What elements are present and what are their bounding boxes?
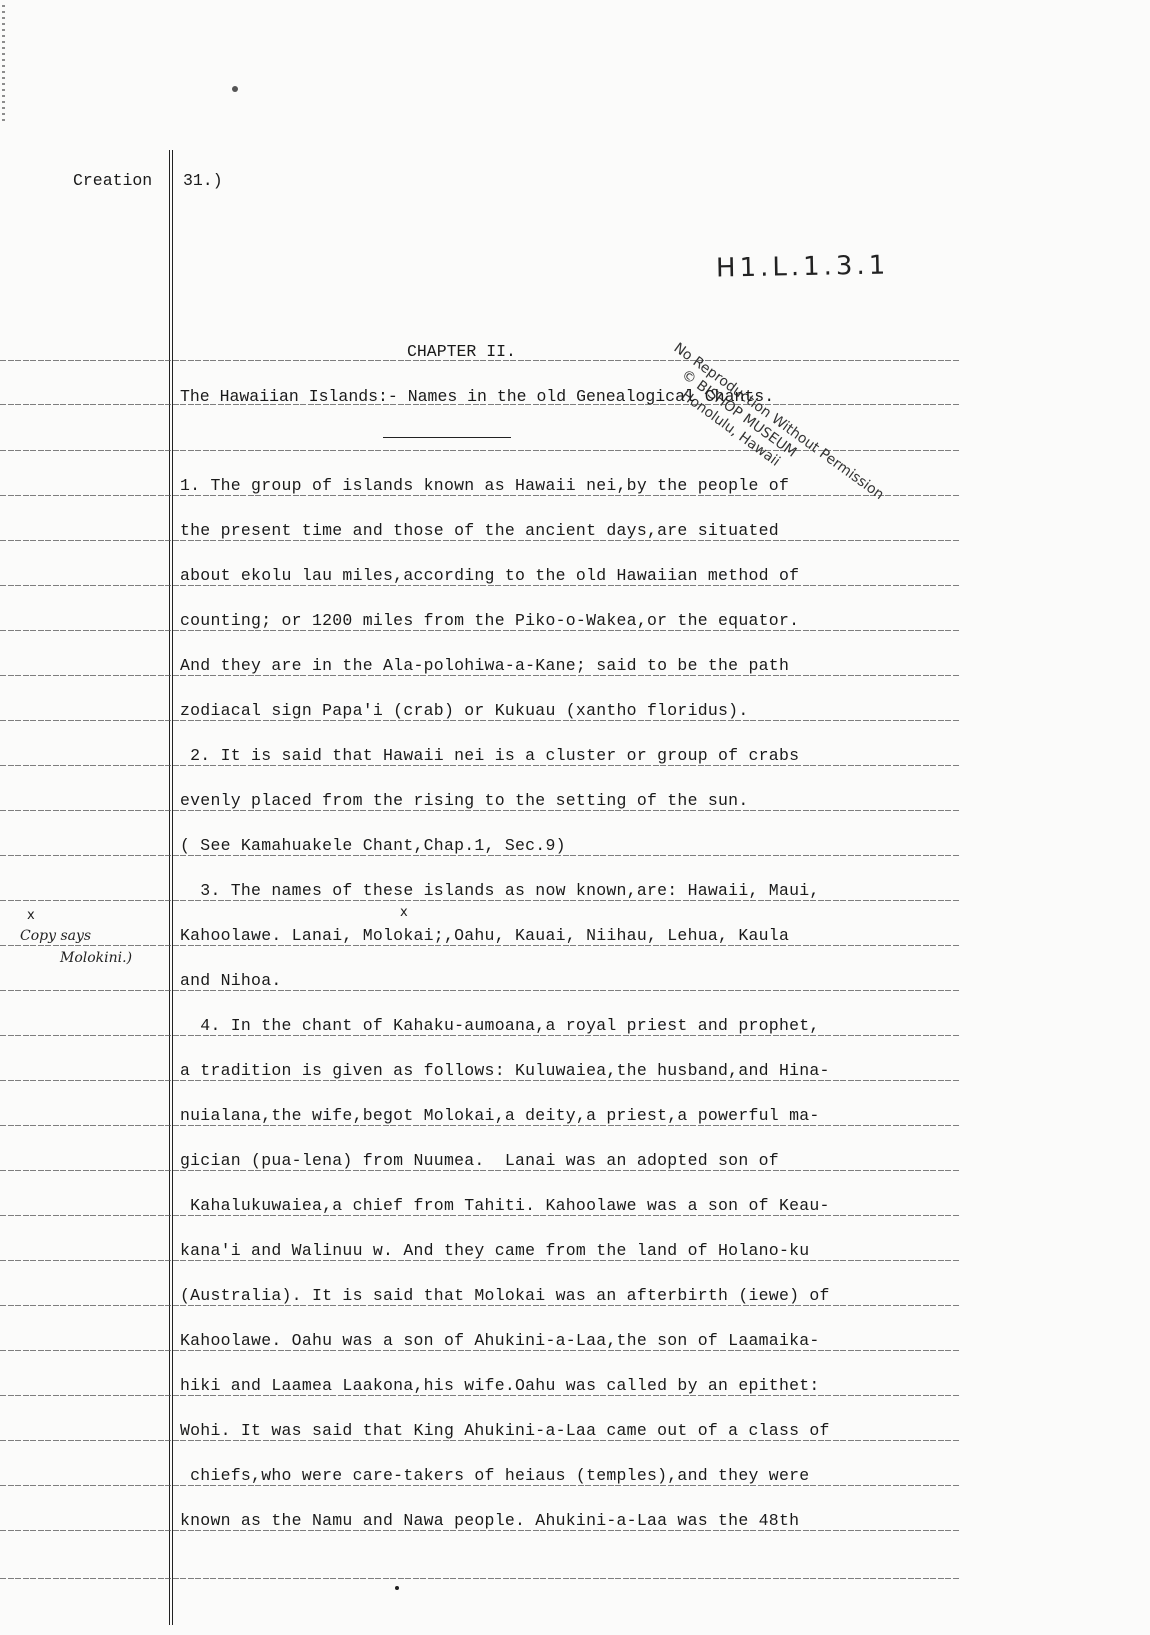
body-line: gician (pua-lena) from Nuumea. Lanai was…: [180, 1151, 779, 1171]
body-line: about ekolu lau miles,according to the o…: [180, 566, 799, 586]
title-divider: [383, 437, 511, 438]
chapter-subtitle: The Hawaiian Islands:- Names in the old …: [180, 387, 774, 406]
body-line: evenly placed from the rising to the set…: [180, 791, 749, 811]
catalog-number: H1.L.1.3.1: [716, 250, 890, 283]
annotation-mark: x: [400, 905, 408, 920]
body-line: chiefs,who were care-takers of heiaus (t…: [180, 1466, 809, 1486]
body-line: 2. It is said that Hawaii nei is a clust…: [180, 746, 799, 766]
body-line: the present time and those of the ancien…: [180, 521, 779, 541]
body-line: Kahoolawe. Lanai, Molokai;,Oahu, Kauai, …: [180, 926, 789, 946]
ledger-rule: [0, 1578, 960, 1579]
body-line: Kahalukuwaiea,a chief from Tahiti. Kahoo…: [180, 1196, 830, 1216]
annotation-mark: x: [27, 908, 35, 923]
body-line: known as the Namu and Nawa people. Ahuki…: [180, 1511, 799, 1531]
body-line: And they are in the Ala-polohiwa-a-Kane;…: [180, 656, 789, 676]
scan-edge-artifact: [2, 5, 5, 125]
body-line: a tradition is given as follows: Kuluwai…: [180, 1061, 830, 1081]
handwritten-margin-note: Copy says Molokini.): [20, 925, 132, 969]
note-line: Molokini.): [20, 947, 132, 969]
body-line: ( See Kamahuakele Chant,Chap.1, Sec.9): [180, 836, 566, 856]
scan-spot: [232, 86, 238, 92]
body-line: kana'i and Walinuu w. And they came from…: [180, 1241, 809, 1261]
page-reference: 31.): [183, 171, 223, 190]
body-line: nuialana,the wife,begot Molokai,a deity,…: [180, 1106, 820, 1126]
scan-spot: [395, 1586, 399, 1590]
body-line: Kahoolawe. Oahu was a son of Ahukini-a-L…: [180, 1331, 820, 1351]
body-line: 3. The names of these islands as now kno…: [180, 881, 820, 901]
ledger-rule: [0, 990, 960, 991]
margin-rule-right: [172, 150, 173, 1625]
note-line: Copy says: [20, 925, 132, 947]
margin-label: Creation: [73, 171, 152, 190]
body-line: zodiacal sign Papa'i (crab) or Kukuau (x…: [180, 701, 749, 721]
document-page: Creation 31.) H1.L.1.3.1 No Reproduction…: [0, 0, 1150, 1635]
body-line: (Australia). It is said that Molokai was…: [180, 1286, 830, 1306]
body-line: Wohi. It was said that King Ahukini-a-La…: [180, 1421, 830, 1441]
body-line: counting; or 1200 miles from the Piko-o-…: [180, 611, 799, 631]
body-line: hiki and Laamea Laakona,his wife.Oahu wa…: [180, 1376, 820, 1396]
body-line: and Nihoa.: [180, 971, 282, 991]
body-line: 1. The group of islands known as Hawaii …: [180, 476, 789, 496]
chapter-heading: CHAPTER II.: [407, 342, 516, 361]
margin-rule-left: [169, 150, 170, 1625]
body-line: 4. In the chant of Kahaku-aumoana,a roya…: [180, 1016, 820, 1036]
